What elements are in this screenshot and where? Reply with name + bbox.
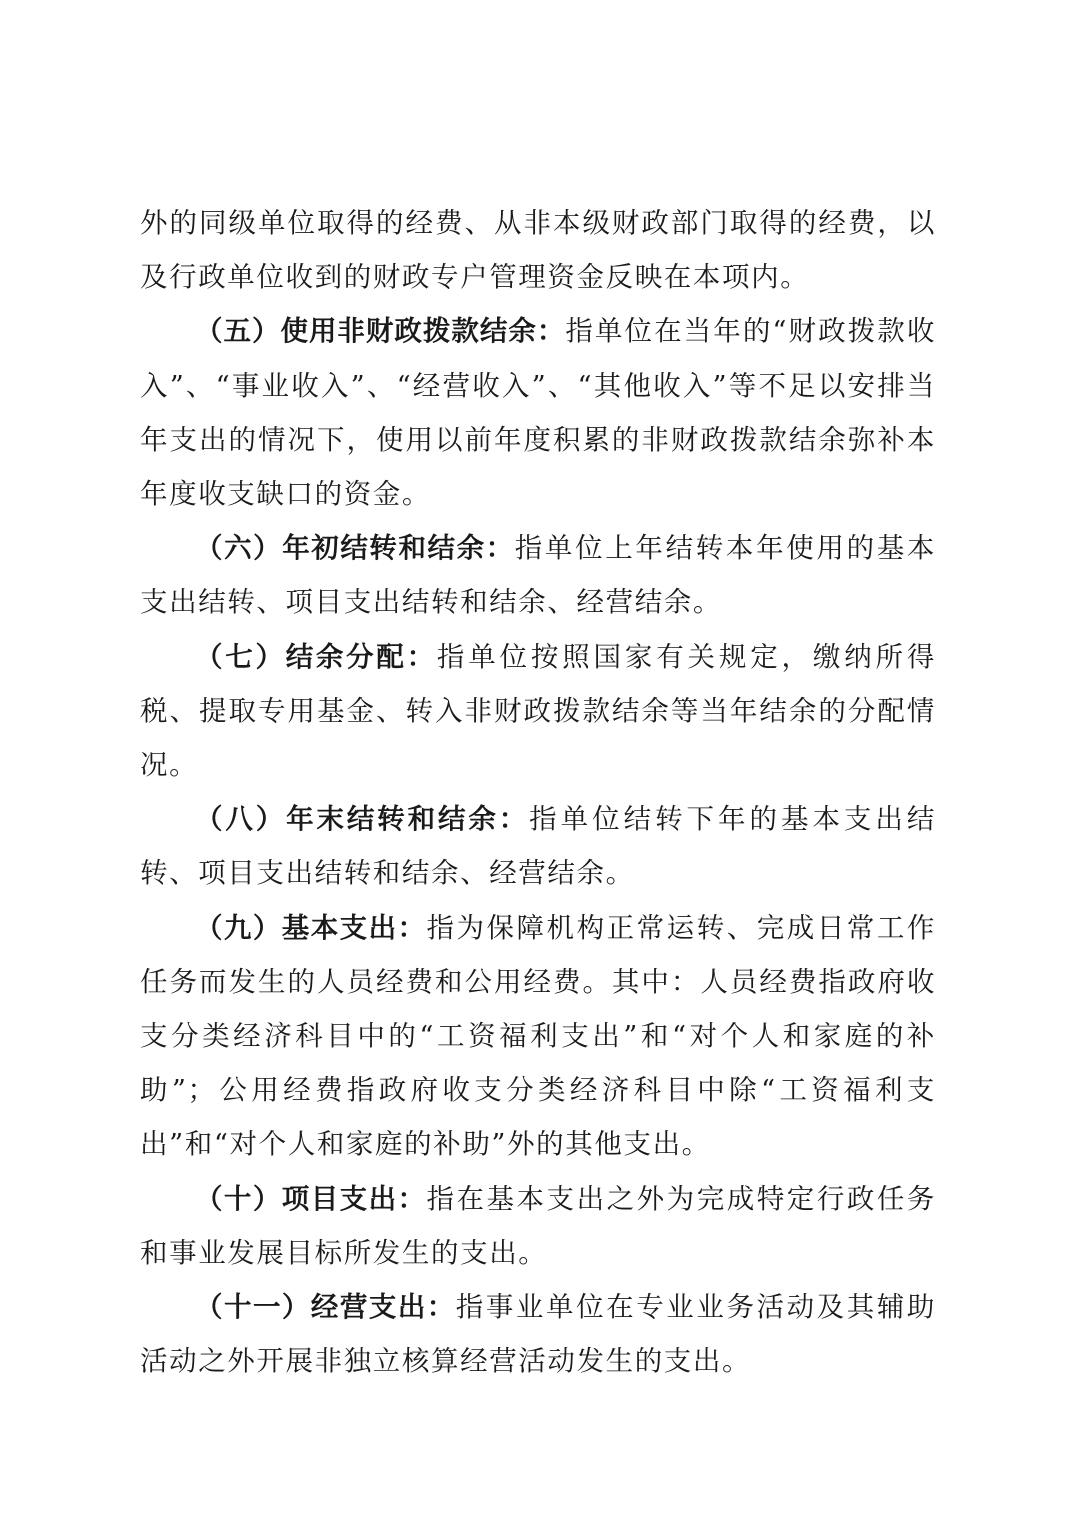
term-heading: （八）年末结转和结余： [195,803,529,835]
term-heading: （六）年初结转和结余： [195,532,515,564]
term-heading: （七）结余分配： [195,641,437,673]
paragraph-item-7: （七）结余分配：指单位按照国家有关规定，缴纳所得税、提取专用基金、转入非财政拨款… [140,630,936,793]
paragraph-item-11: （十一）经营支出：指事业单位在专业业务活动及其辅助活动之外开展非独立核算经营活动… [140,1280,936,1388]
paragraph-body: 指为保障机构正常运转、完成日常工作任务而发生的人员经费和公用经费。其中：人员经费… [140,912,936,1161]
paragraph-item-6: （六）年初结转和结余：指单位上年结转本年使用的基本支出结转、项目支出结转和结余、… [140,521,936,629]
document-page: 外的同级单位取得的经费、从非本级财政部门取得的经费，以及行政单位收到的财政专户管… [140,196,936,1388]
term-heading: （五）使用非财政拨款结余： [195,315,565,347]
term-heading: （十一）经营支出： [195,1291,456,1323]
paragraph-item-9: （九）基本支出：指为保障机构正常运转、完成日常工作任务而发生的人员经费和公用经费… [140,901,936,1172]
paragraph-item-5: （五）使用非财政拨款结余：指单位在当年的“财政拨款收入”、“事业收入”、“经营收… [140,304,936,521]
paragraph-item-10: （十）项目支出：指在基本支出之外为完成特定行政任务和事业发展目标所发生的支出。 [140,1172,936,1280]
paragraph-body: 外的同级单位取得的经费、从非本级财政部门取得的经费，以及行政单位收到的财政专户管… [140,207,936,293]
paragraph-continuation: 外的同级单位取得的经费、从非本级财政部门取得的经费，以及行政单位收到的财政专户管… [140,196,936,304]
term-heading: （十）项目支出： [195,1183,426,1215]
term-heading: （九）基本支出： [195,912,426,944]
paragraph-item-8: （八）年末结转和结余：指单位结转下年的基本支出结转、项目支出结转和结余、经营结余… [140,792,936,900]
